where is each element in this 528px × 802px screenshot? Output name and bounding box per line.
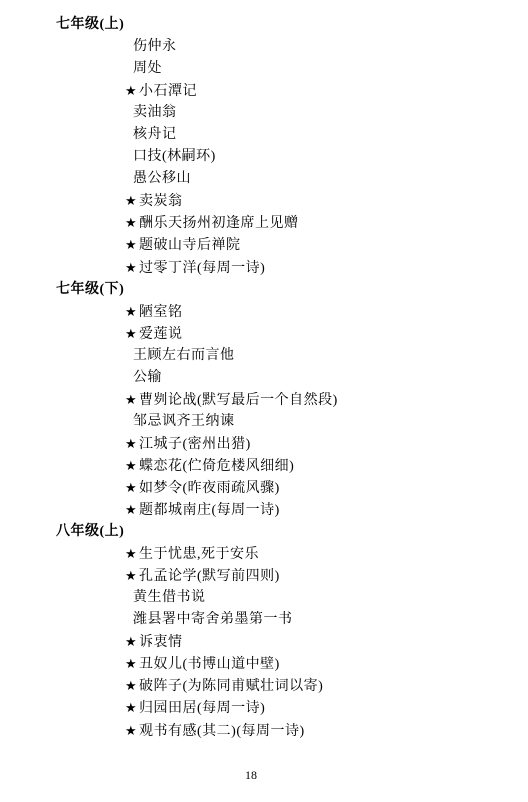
item-title: 酬乐天扬州初逢席上见赠 [139, 216, 299, 231]
item-title: 陋室铭 [139, 305, 183, 320]
item-title: 周处 [133, 61, 162, 76]
list-item: ★曹刿论战(默写最后一个自然段) [0, 389, 528, 411]
item-title: 小石潭记 [139, 84, 197, 99]
list-item: 邹忌讽齐王纳谏 [0, 411, 528, 433]
star-icon: ★ [125, 389, 139, 411]
list-item: 卖油翁 [0, 102, 528, 124]
list-item: 愚公移山 [0, 168, 528, 190]
item-title: 潍县署中寄舍弟墨第一书 [133, 612, 293, 627]
star-icon: ★ [125, 697, 139, 719]
item-title: 诉衷情 [139, 635, 183, 650]
list-item: 周处 [0, 58, 528, 80]
item-title: 黄生借书说 [133, 590, 206, 605]
list-item: ★陋室铭 [0, 301, 528, 323]
item-title: 孔孟论学(默写前四则) [139, 569, 280, 584]
list-item: 黄生借书说 [0, 587, 528, 609]
section-heading-grade7-vol2: 七年级(下) [0, 279, 528, 301]
list-item: ★江城子(密州出猎) [0, 433, 528, 455]
item-title: 王顾左右而言他 [133, 348, 235, 363]
page-number: 18 [0, 767, 502, 783]
list-item: ★如梦令(昨夜雨疏风骤) [0, 477, 528, 499]
reading-list: 七年级(上) 伤仲永 周处 ★小石潭记 卖油翁 核舟记 口技(林嗣环) 愚公移山… [0, 14, 528, 742]
list-item: 伤仲永 [0, 36, 528, 58]
star-icon: ★ [125, 323, 139, 345]
item-title: 题都城南庄(每周一诗) [139, 503, 280, 518]
star-icon: ★ [125, 631, 139, 653]
item-title: 归园田居(每周一诗) [139, 701, 265, 716]
star-icon: ★ [125, 455, 139, 477]
star-icon: ★ [125, 653, 139, 675]
item-title: 邹忌讽齐王纳谏 [133, 414, 235, 429]
list-item: ★过零丁洋(每周一诗) [0, 257, 528, 279]
star-icon: ★ [125, 499, 139, 521]
list-item: 王顾左右而言他 [0, 345, 528, 367]
star-icon: ★ [125, 675, 139, 697]
item-title: 江城子(密州出猎) [139, 437, 251, 452]
list-item: ★小石潭记 [0, 80, 528, 102]
item-title: 观书有感(其二)(每周一诗) [139, 724, 305, 739]
list-item: ★诉衷情 [0, 631, 528, 653]
list-item: ★观书有感(其二)(每周一诗) [0, 720, 528, 742]
item-title: 丑奴儿(书博山道中壁) [139, 657, 280, 672]
star-icon: ★ [125, 257, 139, 279]
list-item: ★丑奴儿(书博山道中壁) [0, 653, 528, 675]
item-title: 破阵子(为陈同甫赋壮词以寄) [139, 679, 323, 694]
list-item: 口技(林嗣环) [0, 146, 528, 168]
star-icon: ★ [125, 543, 139, 565]
list-item: ★卖炭翁 [0, 190, 528, 212]
item-title: 曹刿论战(默写最后一个自然段) [139, 393, 338, 408]
item-title: 核舟记 [133, 127, 177, 142]
star-icon: ★ [125, 477, 139, 499]
list-item: ★题都城南庄(每周一诗) [0, 499, 528, 521]
item-title: 生于忧患,死于安乐 [139, 547, 259, 562]
item-title: 伤仲永 [133, 39, 177, 54]
item-title: 过零丁洋(每周一诗) [139, 261, 265, 276]
item-title: 愚公移山 [133, 171, 191, 186]
star-icon: ★ [125, 190, 139, 212]
list-item: ★题破山寺后禅院 [0, 234, 528, 256]
list-item: ★破阵子(为陈同甫赋壮词以寄) [0, 675, 528, 697]
item-title: 卖炭翁 [139, 194, 183, 209]
item-title: 蝶恋花(伫倚危楼风细细) [139, 459, 294, 474]
list-item: 公输 [0, 367, 528, 389]
section-heading-grade7-vol1: 七年级(上) [0, 14, 528, 36]
list-item: ★酬乐天扬州初逢席上见赠 [0, 212, 528, 234]
list-item: ★归园田居(每周一诗) [0, 697, 528, 719]
item-title: 爱莲说 [139, 327, 183, 342]
star-icon: ★ [125, 212, 139, 234]
document-page: 七年级(上) 伤仲永 周处 ★小石潭记 卖油翁 核舟记 口技(林嗣环) 愚公移山… [0, 0, 528, 802]
item-title: 如梦令(昨夜雨疏风骤) [139, 481, 280, 496]
list-item: 潍县署中寄舍弟墨第一书 [0, 609, 528, 631]
list-item: ★孔孟论学(默写前四则) [0, 565, 528, 587]
star-icon: ★ [125, 433, 139, 455]
item-title: 卖油翁 [133, 105, 177, 120]
item-title: 题破山寺后禅院 [139, 238, 241, 253]
list-item: ★生于忧患,死于安乐 [0, 543, 528, 565]
star-icon: ★ [125, 301, 139, 323]
list-item: ★爱莲说 [0, 323, 528, 345]
star-icon: ★ [125, 565, 139, 587]
star-icon: ★ [125, 234, 139, 256]
star-icon: ★ [125, 80, 139, 102]
star-icon: ★ [125, 720, 139, 742]
item-title: 口技(林嗣环) [133, 149, 216, 164]
section-heading-grade8-vol1: 八年级(上) [0, 521, 528, 543]
list-item: 核舟记 [0, 124, 528, 146]
list-item: ★蝶恋花(伫倚危楼风细细) [0, 455, 528, 477]
item-title: 公输 [133, 370, 162, 385]
